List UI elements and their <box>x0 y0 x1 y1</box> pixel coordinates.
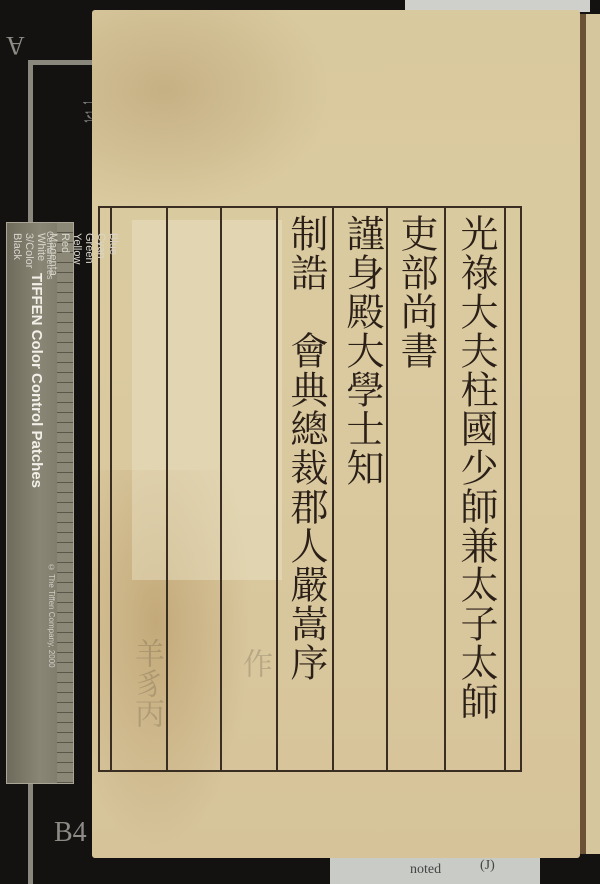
column-rule <box>444 208 446 770</box>
column-rule <box>276 208 278 770</box>
background-mark-a: A <box>6 30 25 60</box>
bottom-paper-strip: noted (J) <box>330 858 540 884</box>
bleed-through-text: 羊豸丙 <box>124 638 168 728</box>
unit-label: Centimetres <box>45 231 55 280</box>
next-page-edge <box>580 14 600 854</box>
column-rule <box>332 208 334 770</box>
patch-green: Green <box>83 233 95 276</box>
ruler <box>57 223 73 783</box>
column-rule <box>386 208 388 770</box>
text-frame: 光祿大夫柱國少師兼太子太師 吏部尚書 謹身殿大學士知 制誥 會典總裁郡人嚴嵩序 … <box>98 206 522 772</box>
text-column-2: 吏部尚書 <box>392 214 440 370</box>
bottom-label-left: noted <box>410 862 441 878</box>
column-rule <box>220 208 222 770</box>
background-mark-b4: B4 <box>54 817 87 849</box>
patch-yellow: Yellow <box>71 233 83 276</box>
text-column-1: 光祿大夫柱國少師兼太子太師 <box>452 214 500 721</box>
stain <box>92 10 332 210</box>
text-column-3: 謹身殿大學士知 <box>338 214 386 487</box>
bleed-through-text: 作 <box>232 648 276 678</box>
patch-3color: 3/Color <box>23 233 35 276</box>
bottom-label-right: (J) <box>480 858 495 874</box>
tiffen-color-bar: Blue Cyan Green Yellow Red Magenta White… <box>6 222 74 784</box>
copyright: © The Tiffen Company, 2000 <box>47 563 56 668</box>
patch-black: Black <box>11 233 23 276</box>
patch-blue: Blue <box>107 233 119 276</box>
text-column-4: 制誥 會典總裁郡人嚴嵩序 <box>282 214 330 682</box>
patch-red: Red <box>59 233 71 276</box>
tiffen-brand: TIFFEN Color Control Patches <box>28 273 45 488</box>
column-rule <box>504 208 506 770</box>
patch-cyan: Cyan <box>95 233 107 276</box>
